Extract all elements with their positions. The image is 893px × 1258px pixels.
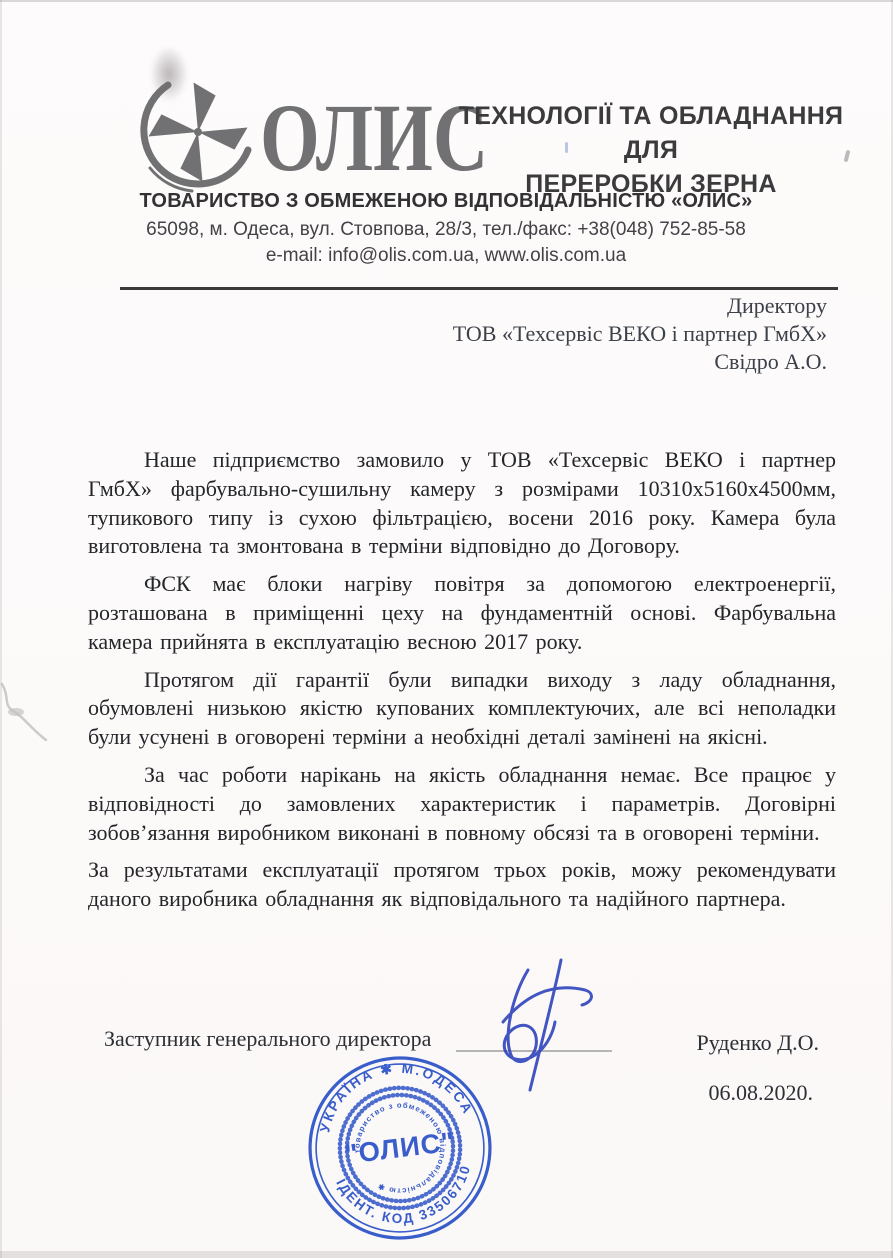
paragraph-4: За час роботи нарікань на якість обладна… bbox=[88, 761, 836, 847]
recipient-title: Директору bbox=[453, 292, 827, 320]
signer-name: Руденко Д.О. bbox=[696, 1030, 819, 1056]
windmill-logo-icon bbox=[122, 76, 272, 194]
recipient-person: Свідро А.О. bbox=[453, 348, 827, 376]
letterhead-divider bbox=[120, 287, 838, 290]
company-round-stamp: УКРАЇНА ✱ М.ОДЕСА ІДЕНТ. КОД 33506710 то… bbox=[293, 1041, 507, 1255]
recipient-company: ТОВ «Техсервіс ВЕКО і партнер ГмбХ» bbox=[453, 320, 827, 348]
paragraph-1: Наше підприємство замовило у ТОВ «Техсер… bbox=[88, 446, 836, 561]
scan-edge-bottom bbox=[0, 1251, 893, 1258]
paragraph-2: ФСК має блоки нагріву повітря за допомог… bbox=[88, 570, 836, 656]
recipient-block: Директору ТОВ «Техсервіс ВЕКО і партнер … bbox=[453, 292, 827, 376]
paragraph-5: За результатами експлуатації протягом тр… bbox=[88, 856, 836, 914]
scan-edge-left bbox=[0, 0, 2, 1258]
header-tagline: ТЕХНОЛОГІЇ ТА ОБЛАДНАННЯ ДЛЯ ПЕРЕРОБКИ З… bbox=[455, 99, 847, 201]
scan-edge-top bbox=[0, 0, 893, 2]
address-phone-line: 65098, м. Одеса, вул. Стовпова, 28/3, те… bbox=[56, 219, 836, 241]
letter-body: Наше підприємство замовило у ТОВ «Техсер… bbox=[88, 446, 836, 923]
letter-date: 06.08.2020. bbox=[709, 1080, 814, 1106]
scanned-letter-page: ОЛИС ТЕХНОЛОГІЇ ТА ОБЛАДНАННЯ ДЛЯ ПЕРЕРО… bbox=[0, 0, 893, 1258]
paragraph-3: Протягом дії гарантії були випадки виход… bbox=[88, 666, 836, 752]
pencil-squiggle-artifact bbox=[0, 676, 62, 748]
email-website-line: e-mail: info@olis.com.ua, www.olis.com.u… bbox=[56, 245, 836, 267]
tagline-line1: ТЕХНОЛОГІЇ ТА ОБЛАДНАННЯ ДЛЯ bbox=[455, 99, 847, 167]
signer-title: Заступник генерального директора bbox=[104, 1026, 431, 1052]
company-name-line: ТОВАРИСТВО З ОБМЕЖЕНОЮ ВІДПОВІДАЛЬНІСТЮ … bbox=[56, 190, 836, 213]
